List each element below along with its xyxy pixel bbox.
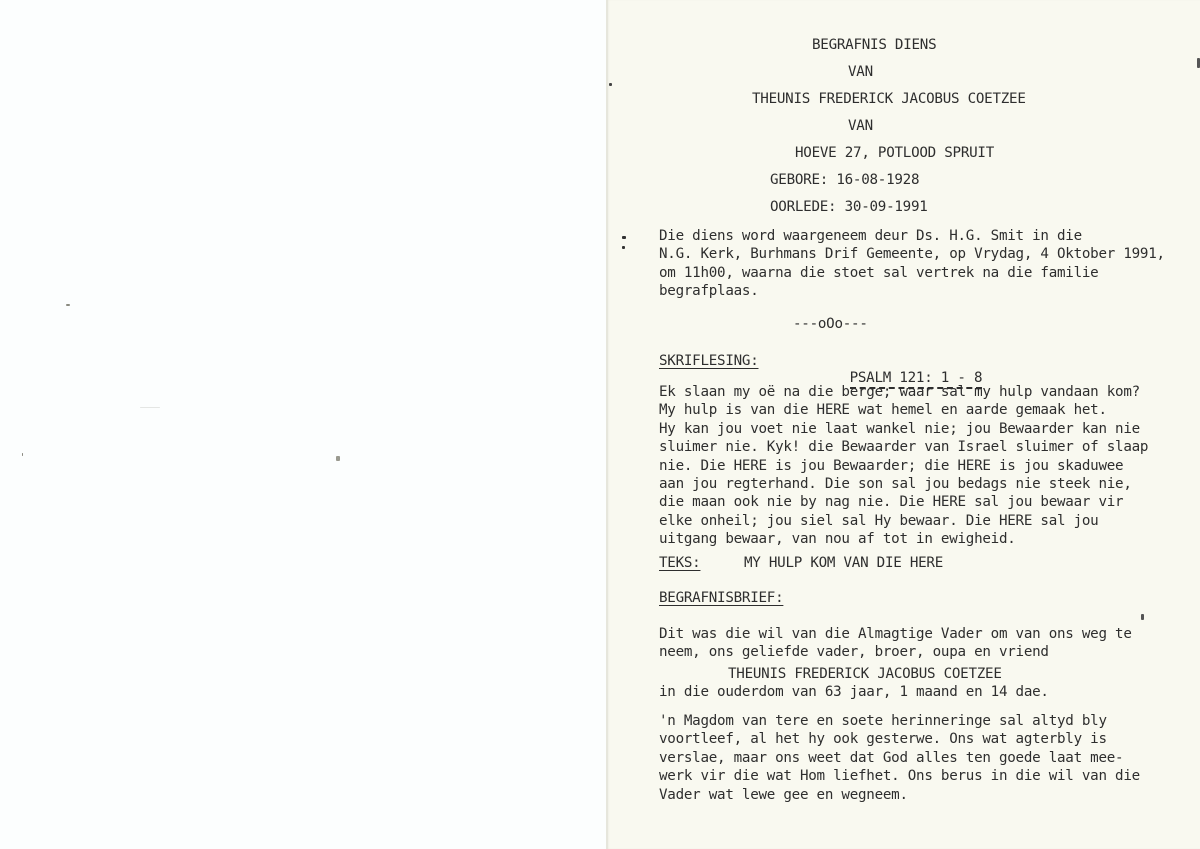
scripture-line: aan jou regterhand. Die son sal jou beda…	[659, 475, 1148, 493]
scan-speck	[1141, 614, 1144, 620]
service-line: om 11h00, waarna die stoet sal vertrek n…	[659, 264, 1165, 282]
scan-speck	[622, 246, 625, 249]
letter-line: verslae, maar ons weet dat God alles ten…	[659, 749, 1140, 767]
scripture-line: elke onheil; jou siel sal Hy bewaar. Die…	[659, 512, 1148, 530]
separator: ---oOo---	[793, 316, 868, 333]
letter-line: werk vir die wat Hom liefhet. Ons berus …	[659, 767, 1140, 785]
letter-age: in die ouderdom van 63 jaar, 1 maand en …	[659, 684, 1049, 701]
scripture-line: sluimer nie. Kyk! die Bewaarder van Isra…	[659, 438, 1148, 456]
scripture-line: nie. Die HERE is jou Bewaarder; die HERE…	[659, 457, 1148, 475]
scripture-reference: PSALM 121: 1 - 8	[833, 353, 982, 387]
scan-speck	[336, 456, 340, 461]
letter-deceased-name: THEUNIS FREDERICK JACOBUS COETZEE	[728, 666, 1002, 683]
scan-speck	[22, 453, 23, 456]
letter-label: BEGRAFNISBRIEF:	[659, 590, 783, 607]
deceased-address: HOEVE 27, POTLOOD SPRUIT	[795, 145, 994, 162]
scripture-line: My hulp is van die HERE wat hemel en aar…	[659, 401, 1148, 419]
letter-closing: 'n Magdom van tere en soete herinneringe…	[659, 712, 1140, 804]
service-line: N.G. Kerk, Burhmans Drif Gemeente, op Vr…	[659, 245, 1165, 263]
scripture-text: Ek slaan my oë na die berge; waar sal my…	[659, 383, 1148, 549]
letter-line: voortleef, al het hy ook gesterwe. Ons w…	[659, 730, 1140, 748]
header-van-1: VAN	[848, 64, 873, 81]
letter-intro: Dit was die wil van die Almagtige Vader …	[659, 625, 1132, 662]
deceased-name: THEUNIS FREDERICK JACOBUS COETZEE	[752, 91, 1026, 108]
letter-line: Vader wat lewe gee en wegneem.	[659, 786, 1140, 804]
scripture-line: Hy kan jou voet nie laat wankel nie; jou…	[659, 420, 1148, 438]
scan-speck	[609, 83, 612, 86]
scan-speck	[140, 407, 160, 408]
scan-speck	[66, 304, 70, 306]
letter-line: neem, ons geliefde vader, broer, oupa en…	[659, 643, 1132, 661]
service-line: Die diens word waargeneem deur Ds. H.G. …	[659, 227, 1165, 245]
birth-date: GEBORE: 16-08-1928	[770, 172, 919, 189]
page-fold	[606, 0, 608, 849]
scripture-line: uitgang bewaar, van nou af tot in ewighe…	[659, 530, 1148, 548]
header-van-2: VAN	[848, 118, 873, 135]
death-date: OORLEDE: 30-09-1991	[770, 199, 928, 216]
service-details: Die diens word waargeneem deur Ds. H.G. …	[659, 227, 1165, 301]
text-value: MY HULP KOM VAN DIE HERE	[744, 555, 943, 572]
scripture-line: Ek slaan my oë na die berge; waar sal my…	[659, 383, 1148, 401]
letter-line: 'n Magdom van tere en soete herinneringe…	[659, 712, 1140, 730]
letter-line: Dit was die wil van die Almagtige Vader …	[659, 625, 1132, 643]
blank-left-page	[0, 0, 606, 849]
service-line: begrafplaas.	[659, 282, 1165, 300]
text-label: TEKS:	[659, 555, 700, 572]
scan-speck	[622, 236, 626, 239]
program-title: BEGRAFNIS DIENS	[812, 37, 936, 54]
scripture-line: die maan ook nie by nag nie. Die HERE sa…	[659, 493, 1148, 511]
scripture-label: SKRIFLESING:	[659, 353, 759, 370]
